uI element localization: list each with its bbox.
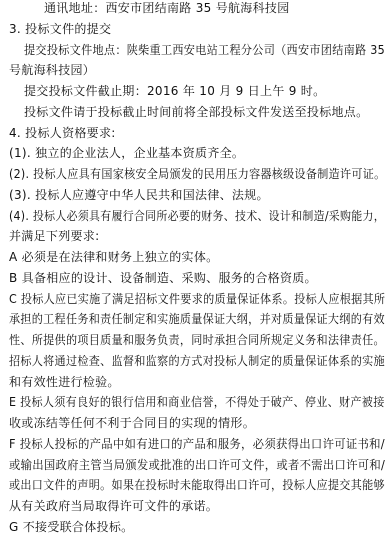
document-line: 承担的工程任务和责任制定和实施质量保证大纲，并对质量保证大纲的有效 — [9, 312, 385, 326]
document-line: 并满足下列要求: — [9, 229, 99, 243]
document-line: A 必须是在法律和财务上独立的实体。 — [9, 250, 218, 264]
document-line: 从有关政府当局取得许可文件的承诺。 — [9, 499, 218, 513]
document-line: (3). 投标人应遵守中华人民共和国法律、法规。 — [9, 188, 269, 202]
document-line: 和有效性进行检验。 — [9, 375, 120, 389]
document-line: 3. 投标文件的提交 — [9, 22, 111, 36]
document-line: G 不接受联合体投标。 — [9, 520, 133, 534]
document-line: B 具备相应的设计、设备制造、采购、服务的合格资质。 — [9, 271, 317, 285]
document-line: 性、所提供的项目质量和服务负责，同时承担合同所规定义务和法律责任。 — [9, 333, 385, 347]
document-line: (4). 投标人必须具有履行合同所必要的财务、技术、设计和制造/采购能力， — [9, 209, 385, 223]
document-line: E 投标人须有良好的银行信用和商业信誉，不得处于破产、停业、财产被接 — [9, 395, 385, 409]
document-line: 收或冻结等任何不利于合同目的实现的情形。 — [9, 416, 255, 430]
document-line: (1). 独立的企业法人，企业基本资质齐全。 — [9, 146, 244, 160]
document-line: 或输出国政府主管当局颁发或批准的出口许可文件，或者不需出口许可和/ — [9, 458, 385, 472]
document-line: 提交投标文件截止期：2016 年 10 月 9 日上午 9 时。 — [24, 84, 325, 98]
document-line: 投标文件请于投标截止时间前将全部投标文件发送至投标地点。 — [24, 105, 368, 119]
document-line: C 投标人应已实施了满足招标文件要求的质量保证体系。投标人应根据其所 — [9, 292, 385, 306]
document-line: 通讯地址：西安市团结南路 35 号航海科技园 — [44, 1, 290, 15]
document-line: 招标人将通过检查、监督和监察的方式对投标人制定的质量保证体系的实施 — [9, 354, 385, 368]
document-line: (2). 投标人应具有国家核安全局颁发的民用压力容器核级设备制造许可证。 — [9, 167, 385, 181]
document-line: 或出口文件的声明。如果在投标时未能取得出口许可，投标人应提交其能够 — [9, 478, 385, 492]
document-line: 提交投标文件地点：陕柴重工西安电站工程分公司（西安市团结南路 35 — [24, 43, 385, 57]
document-line: F 投标人投标的产品中如有进口的产品和服务，必须获得出口许可证书和/ — [9, 437, 385, 451]
document-line: 号航海科技园） — [9, 63, 95, 77]
document-line: 4. 投标人资格要求: — [9, 126, 116, 140]
